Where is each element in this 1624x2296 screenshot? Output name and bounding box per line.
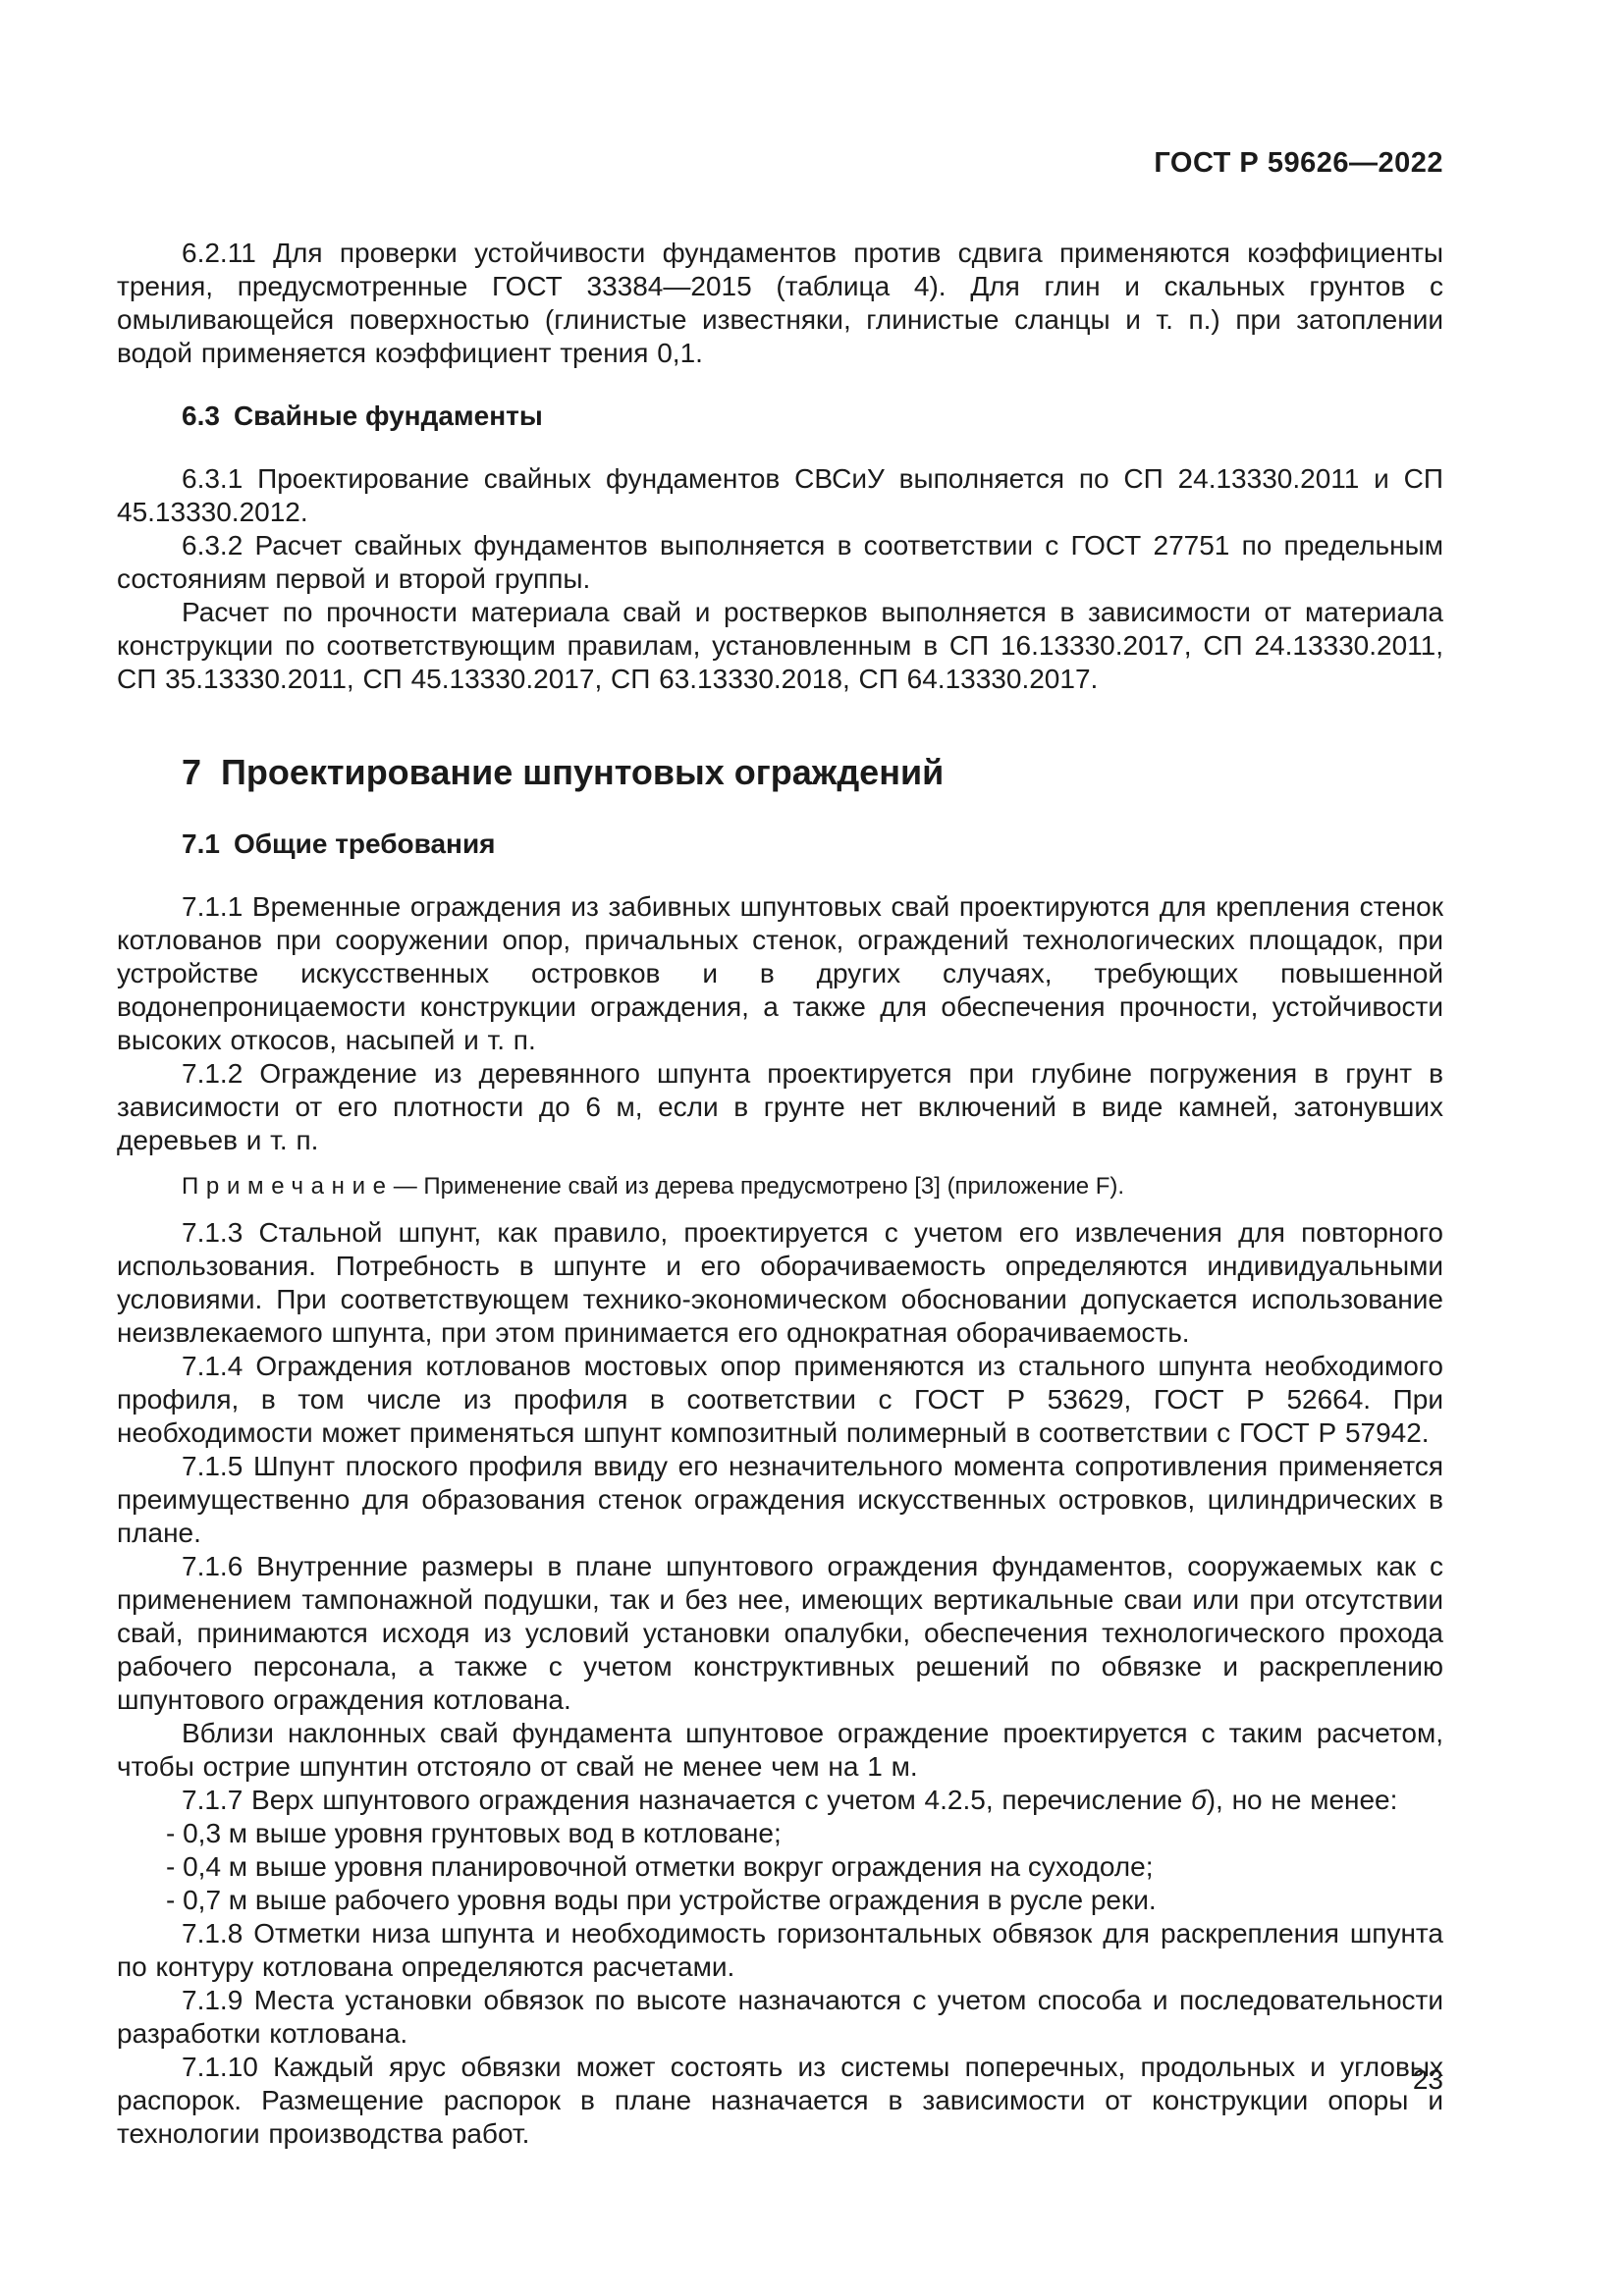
paragraph-7-1-7-text: 7.1.7 Верх шпунтового ограждения назнача… <box>182 1785 1191 1815</box>
note: Примечание— Применение свай из дерева пр… <box>117 1172 1443 1201</box>
document-page: ГОСТ Р 59626—2022 6.2.11 Для проверки ус… <box>0 0 1624 2296</box>
note-label: Примечание <box>182 1173 394 1200</box>
heading-title: Проектирование шпунтовых ограждений <box>221 752 944 792</box>
paragraph-7-1-6-cont: Вблизи наклонных свай фундамента шпунтов… <box>117 1717 1443 1784</box>
paragraph-pile-material: Расчет по прочности материала свай и рос… <box>117 596 1443 696</box>
paragraph-7-1-2: 7.1.2 Ограждение из деревянного шпунта п… <box>117 1057 1443 1157</box>
paragraph-7-1-10: 7.1.10 Каждый ярус обвязки может состоят… <box>117 2051 1443 2151</box>
paragraph-7-1-8: 7.1.8 Отметки низа шпунта и необходимост… <box>117 1917 1443 1984</box>
paragraph-7-1-3: 7.1.3 Стальной шпунт, как правило, проек… <box>117 1216 1443 1350</box>
heading-title: Общие требования <box>234 828 496 859</box>
list-item: - 0,4 м выше уровня планировочной отметк… <box>117 1850 1443 1884</box>
list-item: - 0,7 м выше рабочего уровня воды при ус… <box>117 1884 1443 1917</box>
document-header: ГОСТ Р 59626—2022 <box>117 147 1443 180</box>
list-letter: б <box>1191 1785 1207 1815</box>
paragraph-7-1-1: 7.1.1 Временные ограждения из забивных ш… <box>117 890 1443 1057</box>
heading-number: 7.1 <box>182 828 220 859</box>
paragraph-6-2-11: 6.2.11 Для проверки устойчивости фундаме… <box>117 237 1443 370</box>
heading-number: 6.3 <box>182 400 220 431</box>
paragraph-6-3-2: 6.3.2 Расчет свайных фундаментов выполня… <box>117 529 1443 596</box>
page-number: 23 <box>1413 2063 1443 2097</box>
heading-number: 7 <box>182 752 201 792</box>
heading-6-3: 6.3Свайные фундаменты <box>117 400 1443 433</box>
note-text: — Применение свай из дерева предусмотрен… <box>394 1173 1124 1200</box>
paragraph-7-1-9: 7.1.9 Места установки обвязок по высоте … <box>117 1984 1443 2051</box>
paragraph-6-3-1: 6.3.1 Проектирование свайных фундаментов… <box>117 462 1443 529</box>
heading-7-1: 7.1Общие требования <box>117 828 1443 861</box>
document-content: 6.2.11 Для проверки устойчивости фундаме… <box>117 237 1443 2151</box>
paragraph-7-1-7-tail: ), но не менее: <box>1207 1785 1398 1815</box>
paragraph-7-1-5: 7.1.5 Шпунт плоского профиля ввиду его н… <box>117 1450 1443 1550</box>
paragraph-7-1-4: 7.1.4 Ограждения котлованов мостовых опо… <box>117 1350 1443 1450</box>
paragraph-7-1-7: 7.1.7 Верх шпунтового ограждения назнача… <box>117 1784 1443 1817</box>
heading-title: Свайные фундаменты <box>234 400 543 431</box>
paragraph-7-1-6: 7.1.6 Внутренние размеры в плане шпунтов… <box>117 1550 1443 1717</box>
standard-code: ГОСТ Р 59626—2022 <box>1154 147 1443 179</box>
list-item: - 0,3 м выше уровня грунтовых вод в котл… <box>117 1817 1443 1850</box>
heading-7: 7Проектирование шпунтовых ограждений <box>117 751 1443 794</box>
